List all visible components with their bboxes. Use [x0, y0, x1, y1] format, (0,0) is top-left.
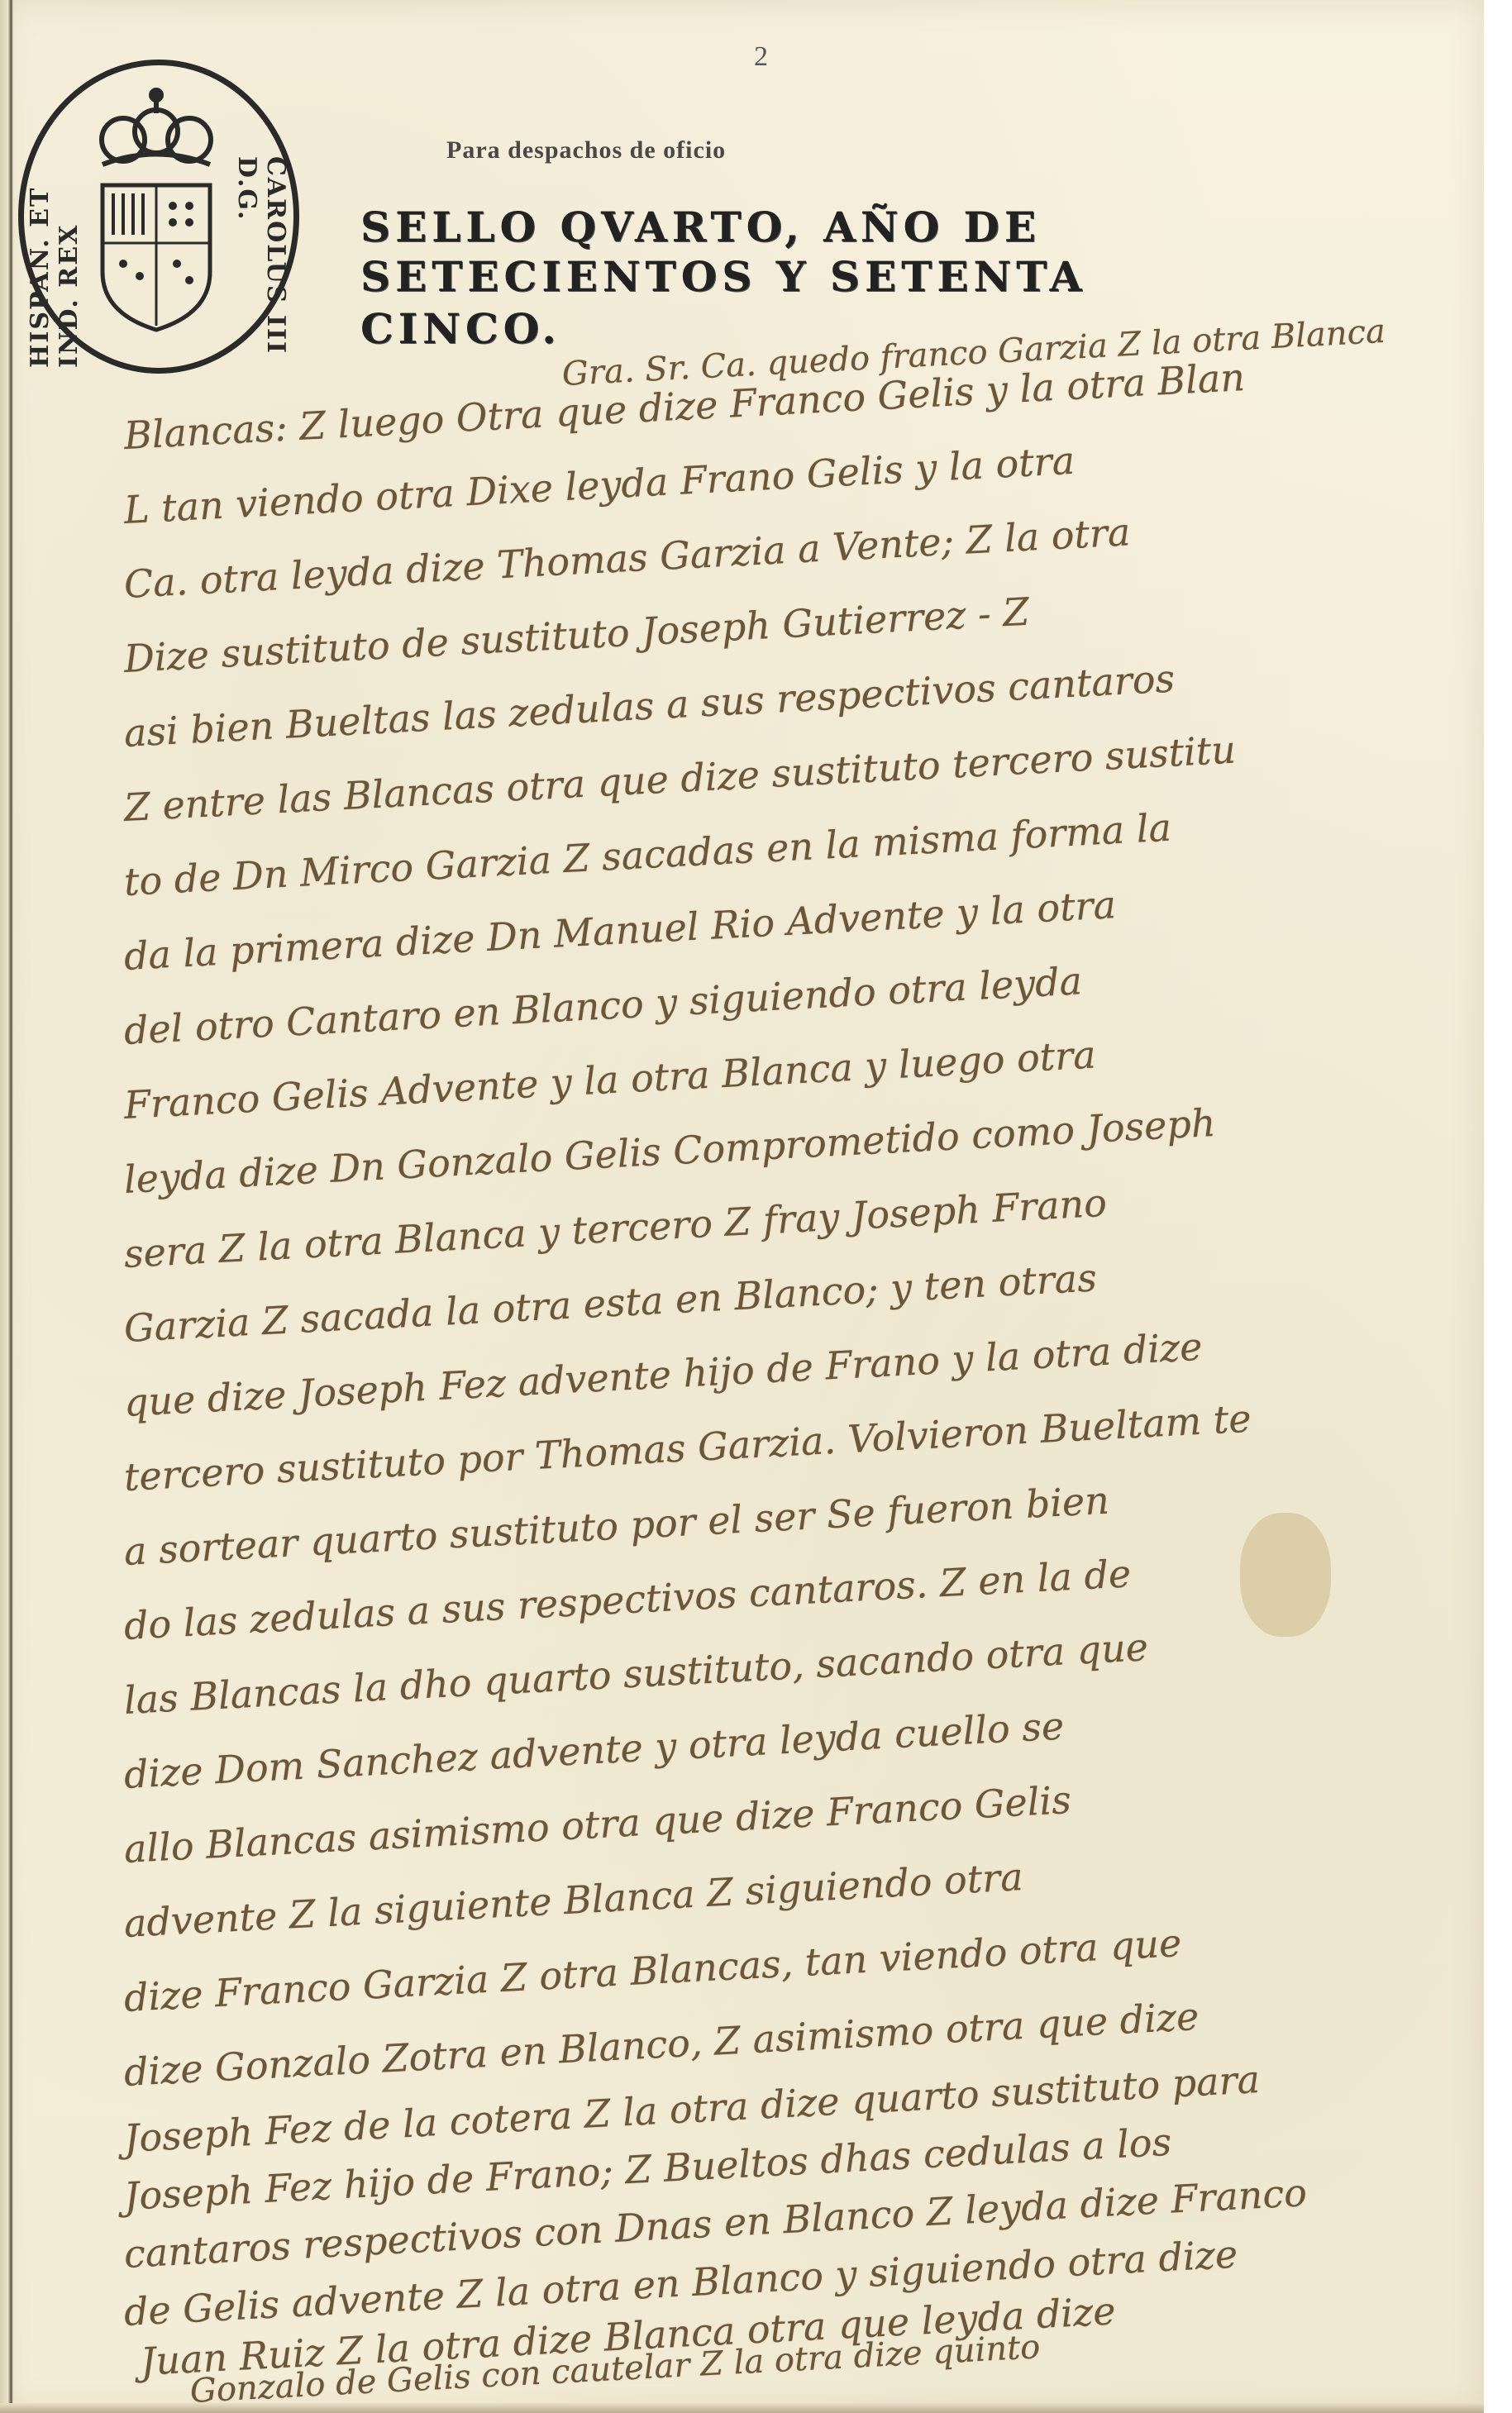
manuscript-line: L tan viendo otra Dixe leyda Frano Gelis… — [123, 438, 1076, 532]
manuscript-line: del otro Cantaro en Blanco y siguiendo o… — [123, 958, 1084, 1053]
royal-seal-icon: CAROLUS III D.G. HISPAN. ET IND. REX — [18, 60, 299, 374]
ink-stain — [1240, 1513, 1331, 1637]
stamp-line-2: SETECIENTOS Y SETENTA — [360, 252, 1086, 301]
scan-margin — [1484, 0, 1512, 2413]
manuscript-line: Dize sustituto de sustituto Joseph Gutie… — [123, 589, 1031, 681]
binding-edge — [0, 0, 13, 2413]
manuscript-line: allo Blancas asimismo otra que dize Fran… — [123, 1777, 1072, 1872]
manuscript-line: advente Z la siguiente Blanca Z siguiend… — [123, 1854, 1024, 1946]
seal-legend-right: CAROLUS III D.G. — [232, 156, 290, 368]
manuscript-page: 2 — [0, 0, 1484, 2413]
stamp-line-1: SELLO QVARTO, AÑO DE — [360, 203, 1041, 251]
stamp-subtitle: Para despachos de oficio — [446, 136, 726, 165]
page-number: 2 — [754, 41, 768, 73]
stamp-line-3: CINCO. — [360, 304, 561, 353]
seal-legend-left: HISPAN. ET IND. REX — [26, 131, 83, 368]
manuscript-line: dize Dom Sanchez advente y otra leyda cu… — [123, 1703, 1066, 1797]
